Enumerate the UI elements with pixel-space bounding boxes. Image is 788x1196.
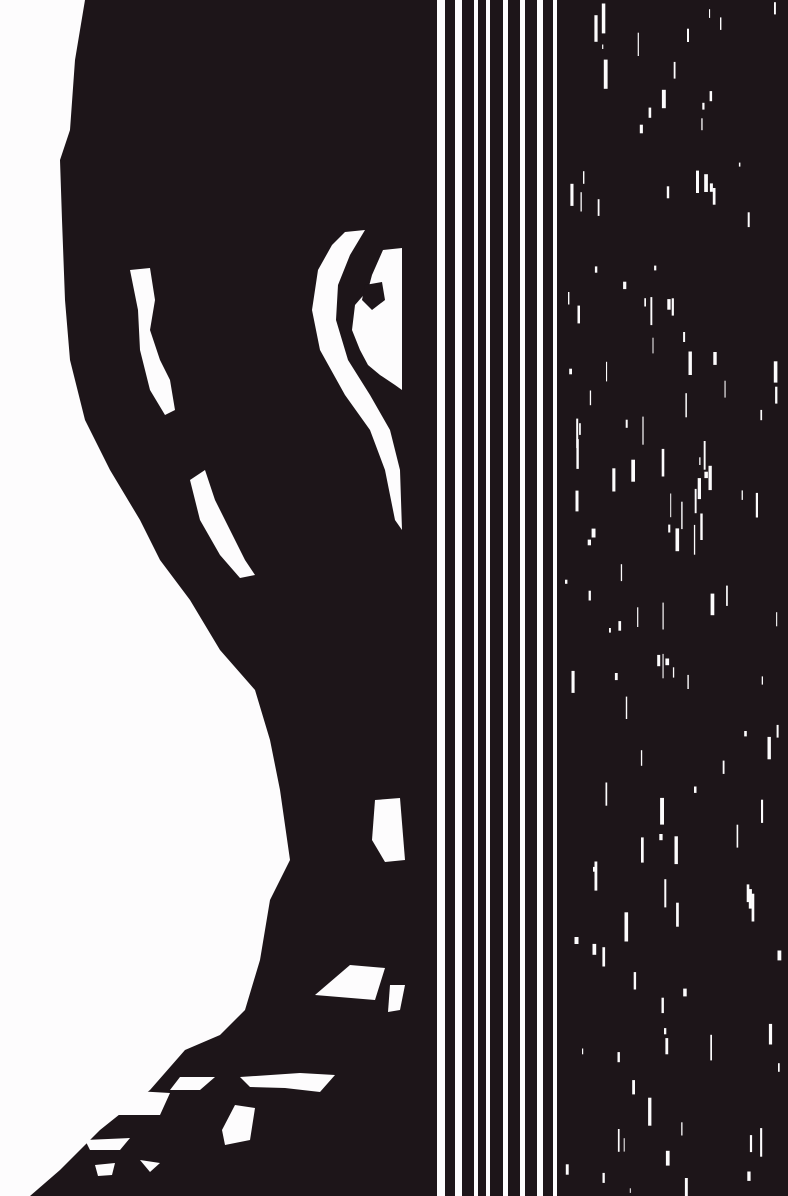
head-silhouette: [30, 0, 440, 1196]
textured-panel: [560, 0, 788, 1196]
artwork-canvas: [0, 0, 788, 1196]
vertical-stripes: [437, 0, 565, 1196]
artwork-svg: [0, 0, 788, 1196]
